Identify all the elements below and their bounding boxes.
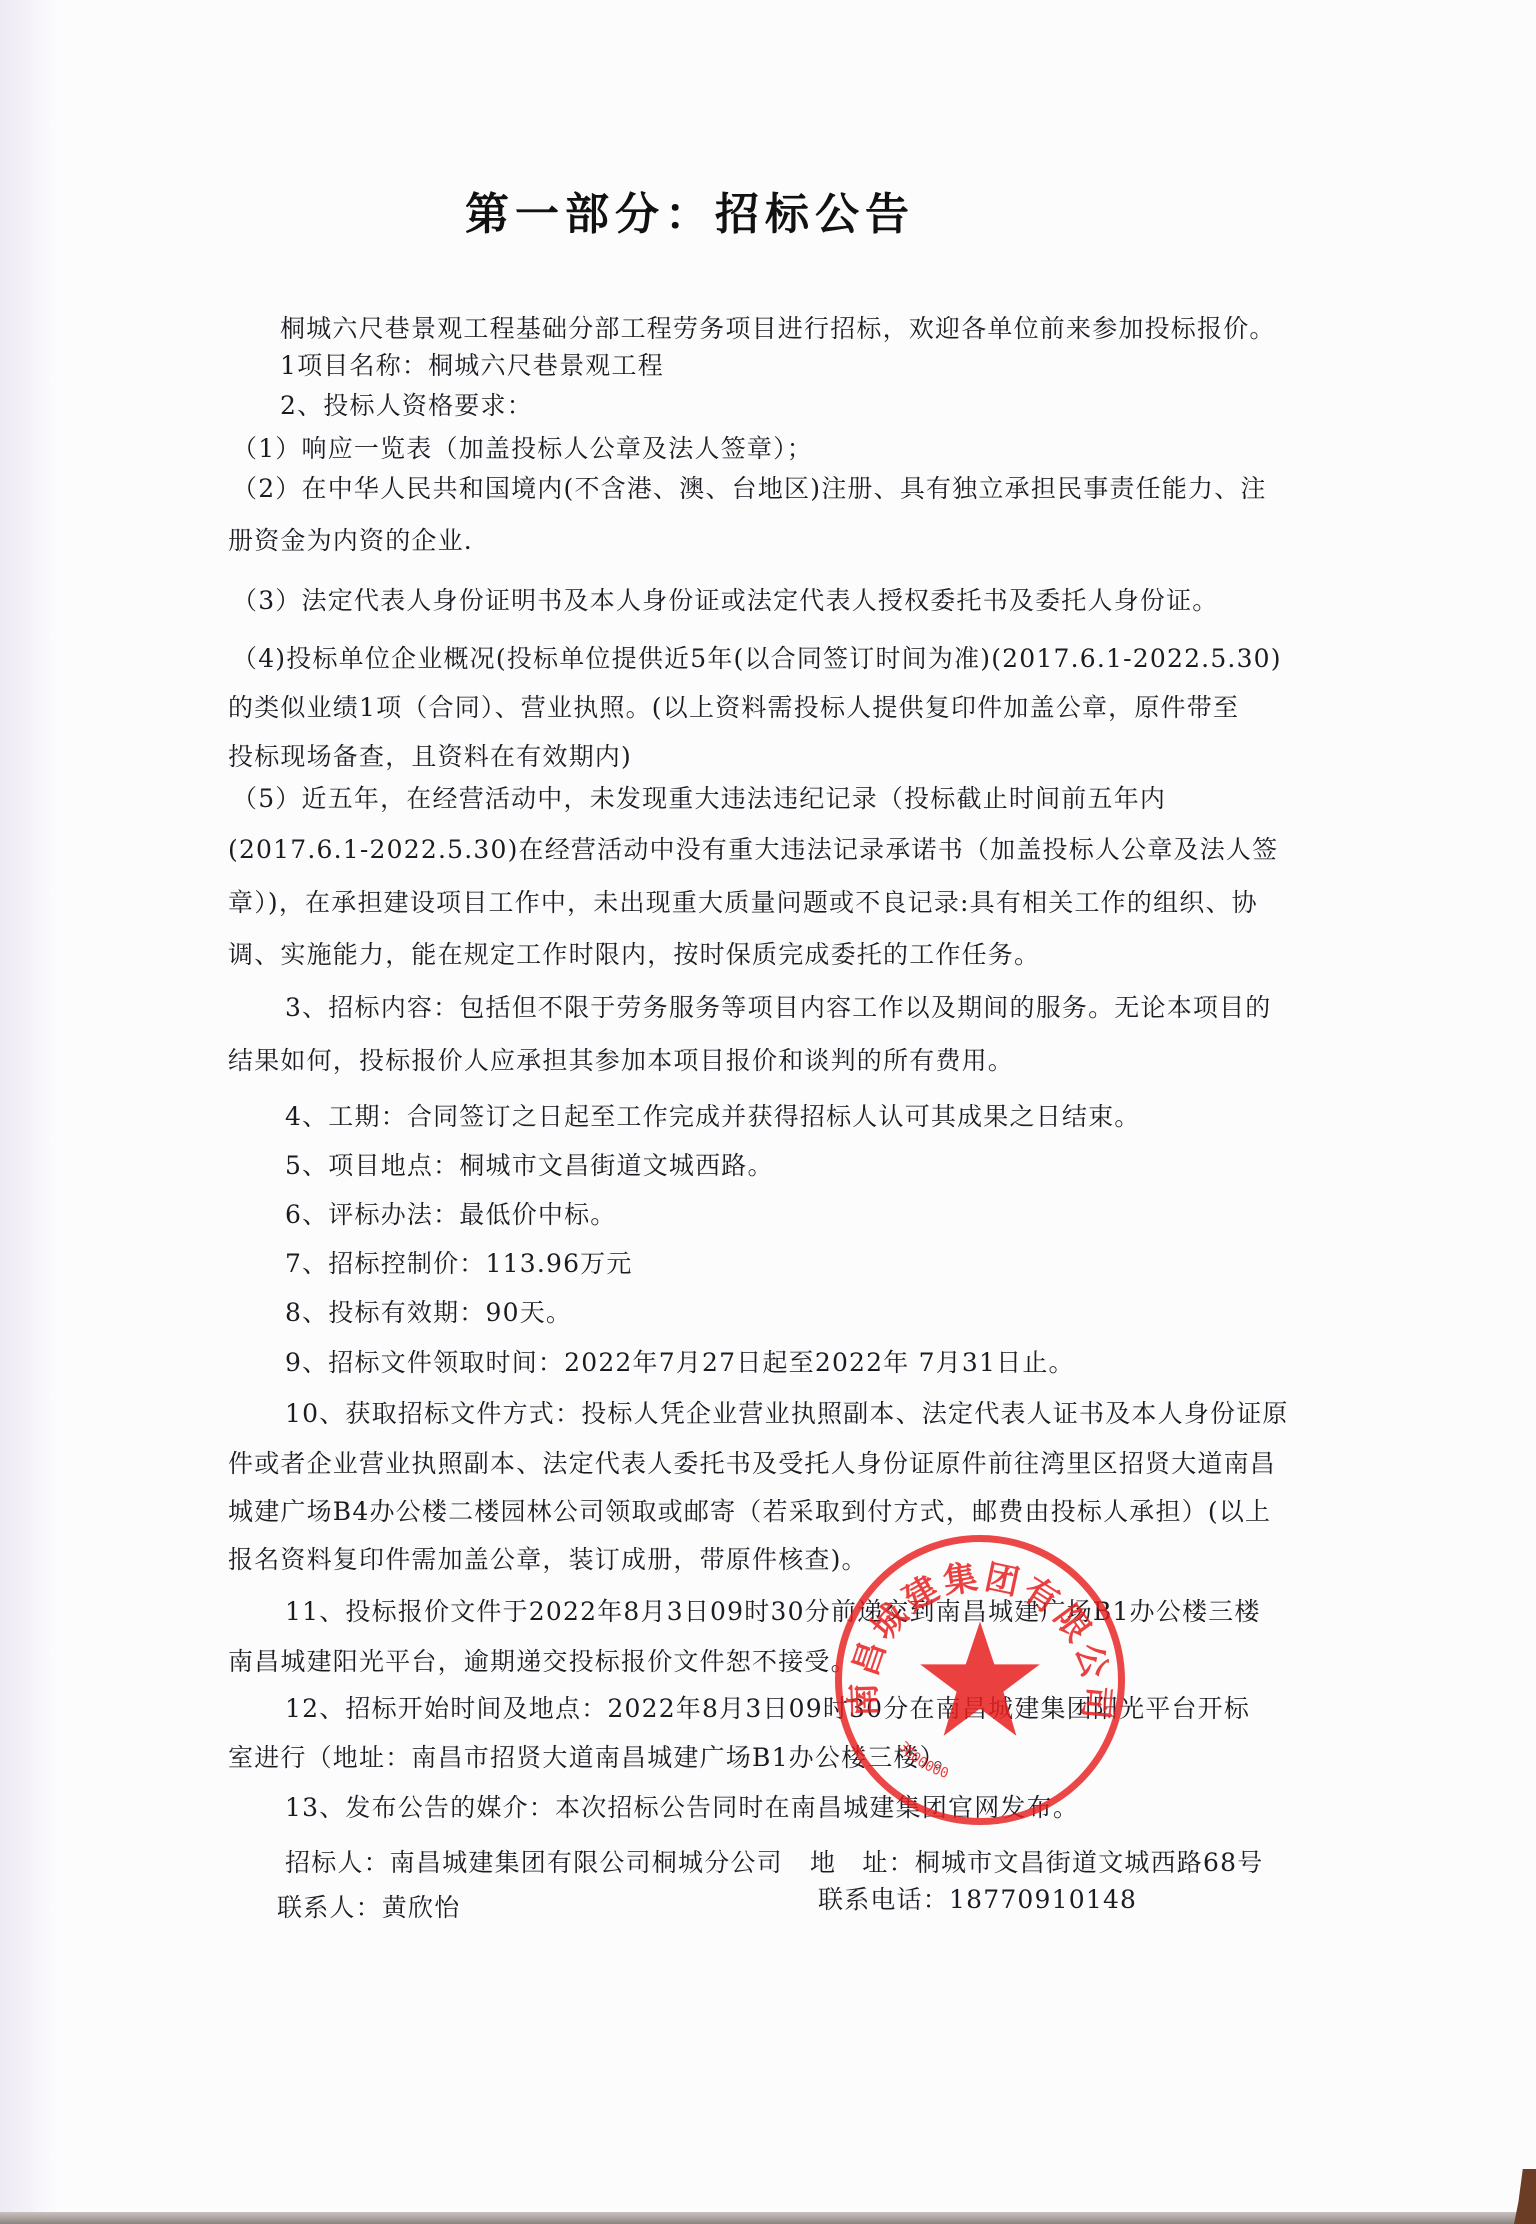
paragraph-line: 的类似业绩1项（合同）、营业执照。(以上资料需投标人提供复印件加盖公章，原件带至 xyxy=(228,693,1239,723)
paragraph-line: (2017.6.1-2022.5.30)在经营活动中没有重大违法记录承诺书（加盖… xyxy=(228,835,1278,865)
paragraph-line: 投标现场备查，且资料在有效期内) xyxy=(228,742,632,772)
paragraph-line: 6、评标办法：最低价中标。 xyxy=(285,1200,617,1230)
paragraph-line: 室进行（地址：南昌市招贤大道南昌城建广场B1办公楼三楼）。 xyxy=(228,1743,960,1773)
paragraph-line: 3、招标内容：包括但不限于劳务服务等项目内容工作以及期间的服务。无论本项目的 xyxy=(285,993,1272,1023)
paragraph-line: （4)投标单位企业概况(投标单位提供近5年(以合同签订时间为准)(2017.6.… xyxy=(232,644,1282,674)
paragraph-line: 13、发布公告的媒介：本次招标公告同时在南昌城建集团官网发布。 xyxy=(285,1793,1079,1823)
table-corner xyxy=(1514,2169,1536,2224)
paragraph-line: 报名资料复印件需加盖公章，装订成册，带原件核查)。 xyxy=(228,1545,868,1575)
paragraph-line: 结果如何，投标报价人应承担其参加本项目报价和谈判的所有费用。 xyxy=(228,1046,1014,1076)
paragraph-line: 10、获取招标文件方式：投标人凭企业营业执照副本、法定代表人证书及本人身份证原 xyxy=(285,1399,1289,1429)
tenderer-address: 地 址：桐城市文昌街道文城西路68号 xyxy=(810,1848,1263,1878)
paragraph-line: 件或者企业营业执照副本、法定代表人委托书及受托人身份证原件前往湾里区招贤大道南昌 xyxy=(228,1449,1276,1479)
seal-text-ring: 南昌城建集团有限公司 3600000 xyxy=(842,1542,1118,1818)
scan-shadow xyxy=(0,0,60,2224)
paragraph-line: 城建广场B4办公楼二楼园林公司领取或邮寄（若采取到付方式，邮费由投标人承担）(以… xyxy=(228,1497,1271,1527)
paragraph-line: 调、实施能力，能在规定工作时限内，按时保质完成委托的工作任务。 xyxy=(228,940,1040,970)
star-icon xyxy=(915,1615,1045,1745)
paragraph-line: （5）近五年，在经营活动中，未发现重大违法违纪记录（投标截止时间前五年内 xyxy=(232,784,1166,814)
paragraph-line: 桐城六尺巷景观工程基础分部工程劳务项目进行招标，欢迎各单位前来参加投标报价。 xyxy=(280,314,1276,344)
paragraph-line: 5、项目地点：桐城市文昌街道文城西路。 xyxy=(285,1151,774,1181)
paragraph-line: 章）)，在承担建设项目工作中，未出现重大质量问题或不良记录:具有相关工作的组织、… xyxy=(228,888,1258,918)
paragraph-line: （3）法定代表人身份证明书及本人身份证或法定代表人授权委托书及委托人身份证。 xyxy=(232,586,1219,616)
paragraph-line: 8、投标有效期：90天。 xyxy=(285,1298,572,1328)
paragraph-line: 1项目名称：桐城六尺巷景观工程 xyxy=(280,351,664,381)
document-title: 第一部分：招标公告 xyxy=(465,178,885,242)
paper-edge xyxy=(0,2212,1536,2224)
paragraph-line: 4、工期：合同签订之日起至工作完成并获得招标人认可其成果之日结束。 xyxy=(285,1102,1141,1132)
paragraph-line: 11、投标报价文件于2022年8月3日09时30分前递交到南昌城建广场B1办公楼… xyxy=(285,1597,1261,1627)
paragraph-line: 2、投标人资格要求： xyxy=(280,391,533,421)
paragraph-line: 7、招标控制价：113.96万元 xyxy=(285,1249,633,1279)
paragraph-line: 12、招标开始时间及地点：2022年8月3日09时30分在南昌城建集团阳光平台开… xyxy=(285,1694,1250,1724)
paragraph-line: （2）在中华人民共和国境内(不含港、澳、台地区)注册、具有独立承担民事责任能力、… xyxy=(232,474,1267,504)
tenderer-name: 招标人：南昌城建集团有限公司桐城分公司 xyxy=(285,1848,783,1878)
paragraph-line: 册资金为内资的企业. xyxy=(228,526,473,556)
contact-phone: 联系电话：18770910148 xyxy=(818,1885,1137,1915)
contact-person: 联系人：黄欣怡 xyxy=(277,1893,460,1923)
official-seal: 南昌城建集团有限公司 3600000 xyxy=(835,1535,1125,1825)
paragraph-line: 9、招标文件领取时间：2022年7月27日起至2022年 7月31日止。 xyxy=(285,1348,1075,1378)
paragraph-line: （1）响应一览表（加盖投标人公章及法人签章）； xyxy=(232,434,813,464)
paragraph-line: 南昌城建阳光平台，逾期递交投标报价文件恕不接受。 xyxy=(228,1647,857,1677)
